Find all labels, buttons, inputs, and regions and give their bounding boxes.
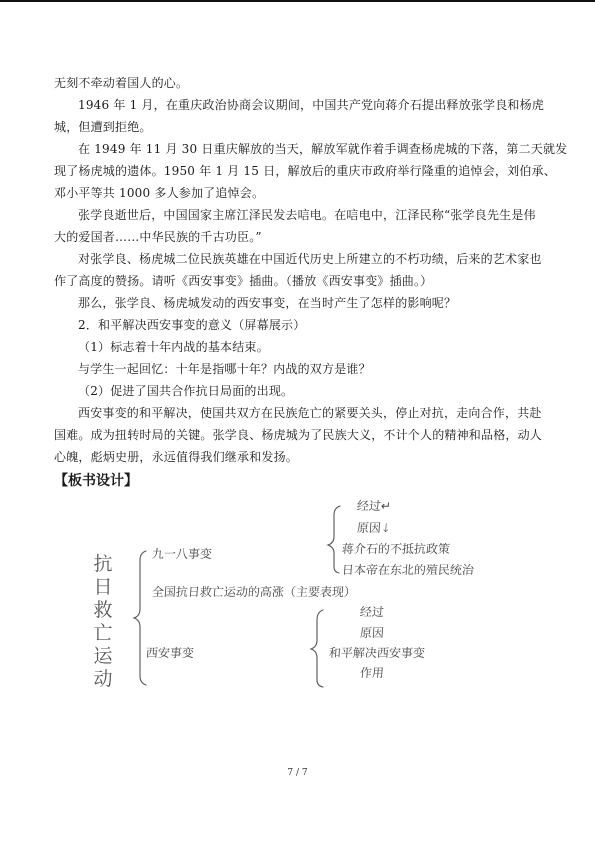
paragraph-line: 西安事变的和平解决，使国共双方在民族危亡的紧要关头，停止对抗，走向合作，共赴: [54, 402, 544, 424]
branch-sub-item: 和平解决西安事变: [328, 644, 425, 661]
paragraph-line: （2）促进了国共合作抗日局面的出现。: [54, 380, 544, 402]
paragraph-line: 那么，张学良、杨虎城发动的西安事变，在当时产生了怎样的影响呢？: [54, 292, 544, 314]
branch-sub-item: 原因: [359, 624, 384, 641]
lower-brace: [311, 610, 323, 687]
branch-sub-item: 经过: [359, 603, 384, 620]
main-brace: [134, 551, 146, 685]
section-heading: 【板书设计】: [54, 470, 544, 492]
paragraph-line: 张学良逝世后，中国国家主席江泽民发去唁电。在唁电中，江泽民称“张学良先生是伟: [54, 204, 544, 226]
branch-sub-item: 作用: [359, 664, 384, 681]
paragraph-line: 作了高度的赞扬。请听《西安事变》插曲。（播放《西安事变》插曲。）: [54, 270, 544, 292]
page-top-border: [0, 0, 595, 2]
upper-brace: [328, 506, 340, 573]
paragraph-line: 2．和平解决西安事变的意义（屏幕展示）: [54, 314, 544, 336]
paragraph-line: 城，但遭到拒绝。: [54, 116, 544, 138]
branch-sub-item: 经过↵: [356, 497, 391, 514]
branch-label: 全国抗日救亡运动的高涨（主要表现）: [151, 583, 356, 600]
branch-label: 西安事变: [145, 644, 194, 661]
paragraph-line: 大的爱国者……中华民族的千古功臣。”: [54, 226, 544, 248]
document-body: 无刻不牵动着国人的心。 1946 年 1 月，在重庆政治协商会议期间，中国共产党…: [54, 72, 544, 492]
branch-sub-item: 原因↓: [356, 519, 391, 536]
paragraph-line: 在 1949 年 11 月 30 日重庆解放的当天，解放军就作着手调查杨虎城的下…: [54, 138, 544, 160]
paragraph-line: 心魄，彪炳史册，永远值得我们继承和发扬。: [54, 446, 544, 468]
paragraph-line: 邓小平等共 1000 多人参加了追悼会。: [54, 182, 544, 204]
branch-sub-item: 蒋介石的不抵抗政策: [341, 540, 450, 557]
paragraph-line: 无刻不牵动着国人的心。: [54, 72, 544, 94]
branch-sub-item: 日本帝在东北的殖民统治: [341, 561, 474, 578]
paragraph-line: 现了杨虎城的遗体。1950 年 1 月 15 日，解放后的重庆市政府举行隆重的追…: [54, 160, 544, 182]
page-number: 7 / 7: [0, 768, 595, 778]
paragraph-line: （1）标志着十年内战的基本结束。: [54, 336, 544, 358]
paragraph-line: 与学生一起回忆：十年是指哪十年？内战的双方是谁？: [54, 358, 544, 380]
paragraph-line: 1946 年 1 月，在重庆政治协商会议期间，中国共产党向蒋介石提出释放张学良和…: [54, 94, 544, 116]
paragraph-line: 国难。成为扭转时局的关键。张学良、杨虎城为了民族大义，不计个人的精神和品格，动人: [54, 424, 544, 446]
paragraph-line: 对张学良、杨虎城二位民族英雄在中国近代历史上所建立的不朽功绩，后来的艺术家也: [54, 248, 544, 270]
branch-label: 九一八事变: [151, 545, 212, 562]
board-title-vertical: 抗日救亡运动: [92, 553, 114, 691]
